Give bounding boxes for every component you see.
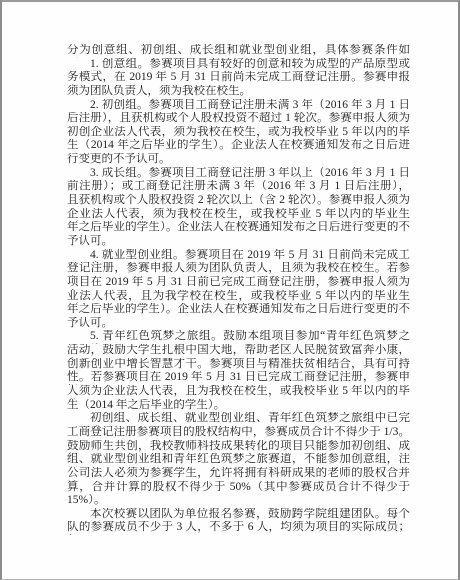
paragraph: 2. 初创组。参赛项目工商登记注册未满 3 年（2016 年 3 月 1 日后注… — [67, 99, 410, 167]
paragraph: 本次校赛以团队为单位报名参赛，鼓励跨学院组建团队。每个团队的参赛成员不少于 3 … — [67, 508, 410, 535]
text-line: 算，合并计算的股权不得少于 50%（其中参赛成员合计不得少于 — [67, 481, 410, 495]
text-line: 予认可。 — [67, 317, 410, 331]
text-line: 公司法人必须为参赛学生，允许将拥有科研成果的老师的股权合并计 — [67, 467, 410, 481]
text-line: 5. 青年红色筑梦之旅组。鼓励本组项目参加“青年红色筑梦之旅” — [67, 330, 410, 344]
text-line: 生（2014 年之后毕业的学生）。企业法人在校赛通知发布之日后进 — [67, 139, 410, 153]
text-line: 须为团队负责人，须为我校在校生。 — [67, 85, 410, 99]
text-line: 予认可。 — [67, 235, 410, 249]
text-line: 创新创业中增长智慧才干。参赛项目与精准扶贫相结合，具有可持续 — [67, 358, 410, 372]
text-line: 行变更的不予认可。 — [67, 153, 410, 167]
text-line: 本次校赛以团队为单位报名参赛，鼓励跨学院组建团队。每个团 — [67, 508, 410, 522]
text-line: 分为创意组、初创组、成长组和就业型创业组，具体参赛条件如下： — [67, 44, 410, 58]
text-line: 初创企业法人代表，须为我校在校生，或为我校毕业 5 年以内的毕业 — [67, 126, 410, 140]
text-line: 2. 初创组。参赛项目工商登记注册未满 3 年（2016 年 3 月 1 日 — [67, 99, 410, 113]
text-line: 生（2014 年之后毕业的学生）。 — [67, 399, 410, 413]
text-line: 务模式，在 2019 年 5 月 31 日前尚未完成工商登记注册。参赛申报人 — [67, 71, 410, 85]
text-line: 初创组、成长组、就业型创业组、青年红色筑梦之旅组中已完成 — [67, 412, 410, 426]
text-line: 且获机构或个人股权投资 2 轮次以上（含 2 轮次）。参赛申报人须为 — [67, 194, 410, 208]
text-line: 组、就业型创业组和青年红色筑梦之旅赛道，不能参加创意组，注册 — [67, 453, 410, 467]
text-line: 鼓励师生共创，我校教师科技成果转化的项目只能参加初创组、成长 — [67, 440, 410, 454]
text-line: 业法人代表，且为我学校在校生，或我校毕业 5 年以内的毕业生（2014 — [67, 290, 410, 304]
text-line: 后注册），且获机构或个人股权投资不超过 1 轮次。参赛申报人须为 — [67, 112, 410, 126]
paragraph: 1. 创意组。参赛项目具有较好的创意和较为成型的产品原型或服务模式，在 2019… — [67, 58, 410, 99]
text-line: 活动，鼓励大学生扎根中国大地，帮助老区人民脱贫致富奔小康，在 — [67, 344, 410, 358]
paragraph: 3. 成长组。参赛项目工商登记注册 3 年以上（2016 年 3 月 1 日前注… — [67, 167, 410, 249]
paragraph: 5. 青年红色筑梦之旅组。鼓励本组项目参加“青年红色筑梦之旅”活动，鼓励大学生扎… — [67, 330, 410, 412]
text-line: 项目在 2019 年 5 月 31 日前已完成工商登记注册，参赛申报人须为企 — [67, 276, 410, 290]
text-line: 15%）。 — [67, 494, 410, 508]
paragraph: 初创组、成长组、就业型创业组、青年红色筑梦之旅组中已完成工商登记注册参赛项目的股… — [67, 412, 410, 507]
text-line: 人须为企业法人代表，且为我校在校生，或我校毕业 5 年以内的毕业 — [67, 385, 410, 399]
document-body: 分为创意组、初创组、成长组和就业型创业组，具体参赛条件如下：1. 创意组。参赛项… — [67, 44, 410, 535]
text-line: 工商登记注册参赛项目的股权结构中，参赛成员合计不得少于 1/3。 — [67, 426, 410, 440]
text-line: 登记注册，参赛申报人须为团队负责人，且须为我校在校生。若参赛 — [67, 262, 410, 276]
paragraph: 分为创意组、初创组、成长组和就业型创业组，具体参赛条件如下： — [67, 44, 410, 58]
text-line: 年之后毕业的学生）。企业法人在校赛通知发布之日后进行变更的不 — [67, 303, 410, 317]
text-line: 4. 就业型创业组。参赛项目在 2019 年 5 月 31 日前尚未完成工商 — [67, 249, 410, 263]
text-line: 性。若参赛项目在 2019 年 5 月 31 日已完成工商登记注册，参赛申报 — [67, 371, 410, 385]
text-line: 年之后毕业的学生）。企业法人在校赛通知发布之日后进行变更的不 — [67, 221, 410, 235]
text-line: 1. 创意组。参赛项目具有较好的创意和较为成型的产品原型或服 — [67, 58, 410, 72]
text-line: 3. 成长组。参赛项目工商登记注册 3 年以上（2016 年 3 月 1 日 — [67, 167, 410, 181]
text-line: 队的参赛成员不少于 3 人，不多于 6 人，均须为项目的实际成员；每 — [67, 521, 410, 535]
document-page: 分为创意组、初创组、成长组和就业型创业组，具体参赛条件如下：1. 创意组。参赛项… — [0, 0, 460, 580]
text-line: 企业法人代表，须为我校在校生，或我校毕业 5 年以内的毕业生（2014 — [67, 208, 410, 222]
text-line: 前注册）；或工商登记注册未满 3 年（2016 年 3 月 1 日后注册）， — [67, 180, 410, 194]
paragraph: 4. 就业型创业组。参赛项目在 2019 年 5 月 31 日前尚未完成工商登记… — [67, 249, 410, 331]
